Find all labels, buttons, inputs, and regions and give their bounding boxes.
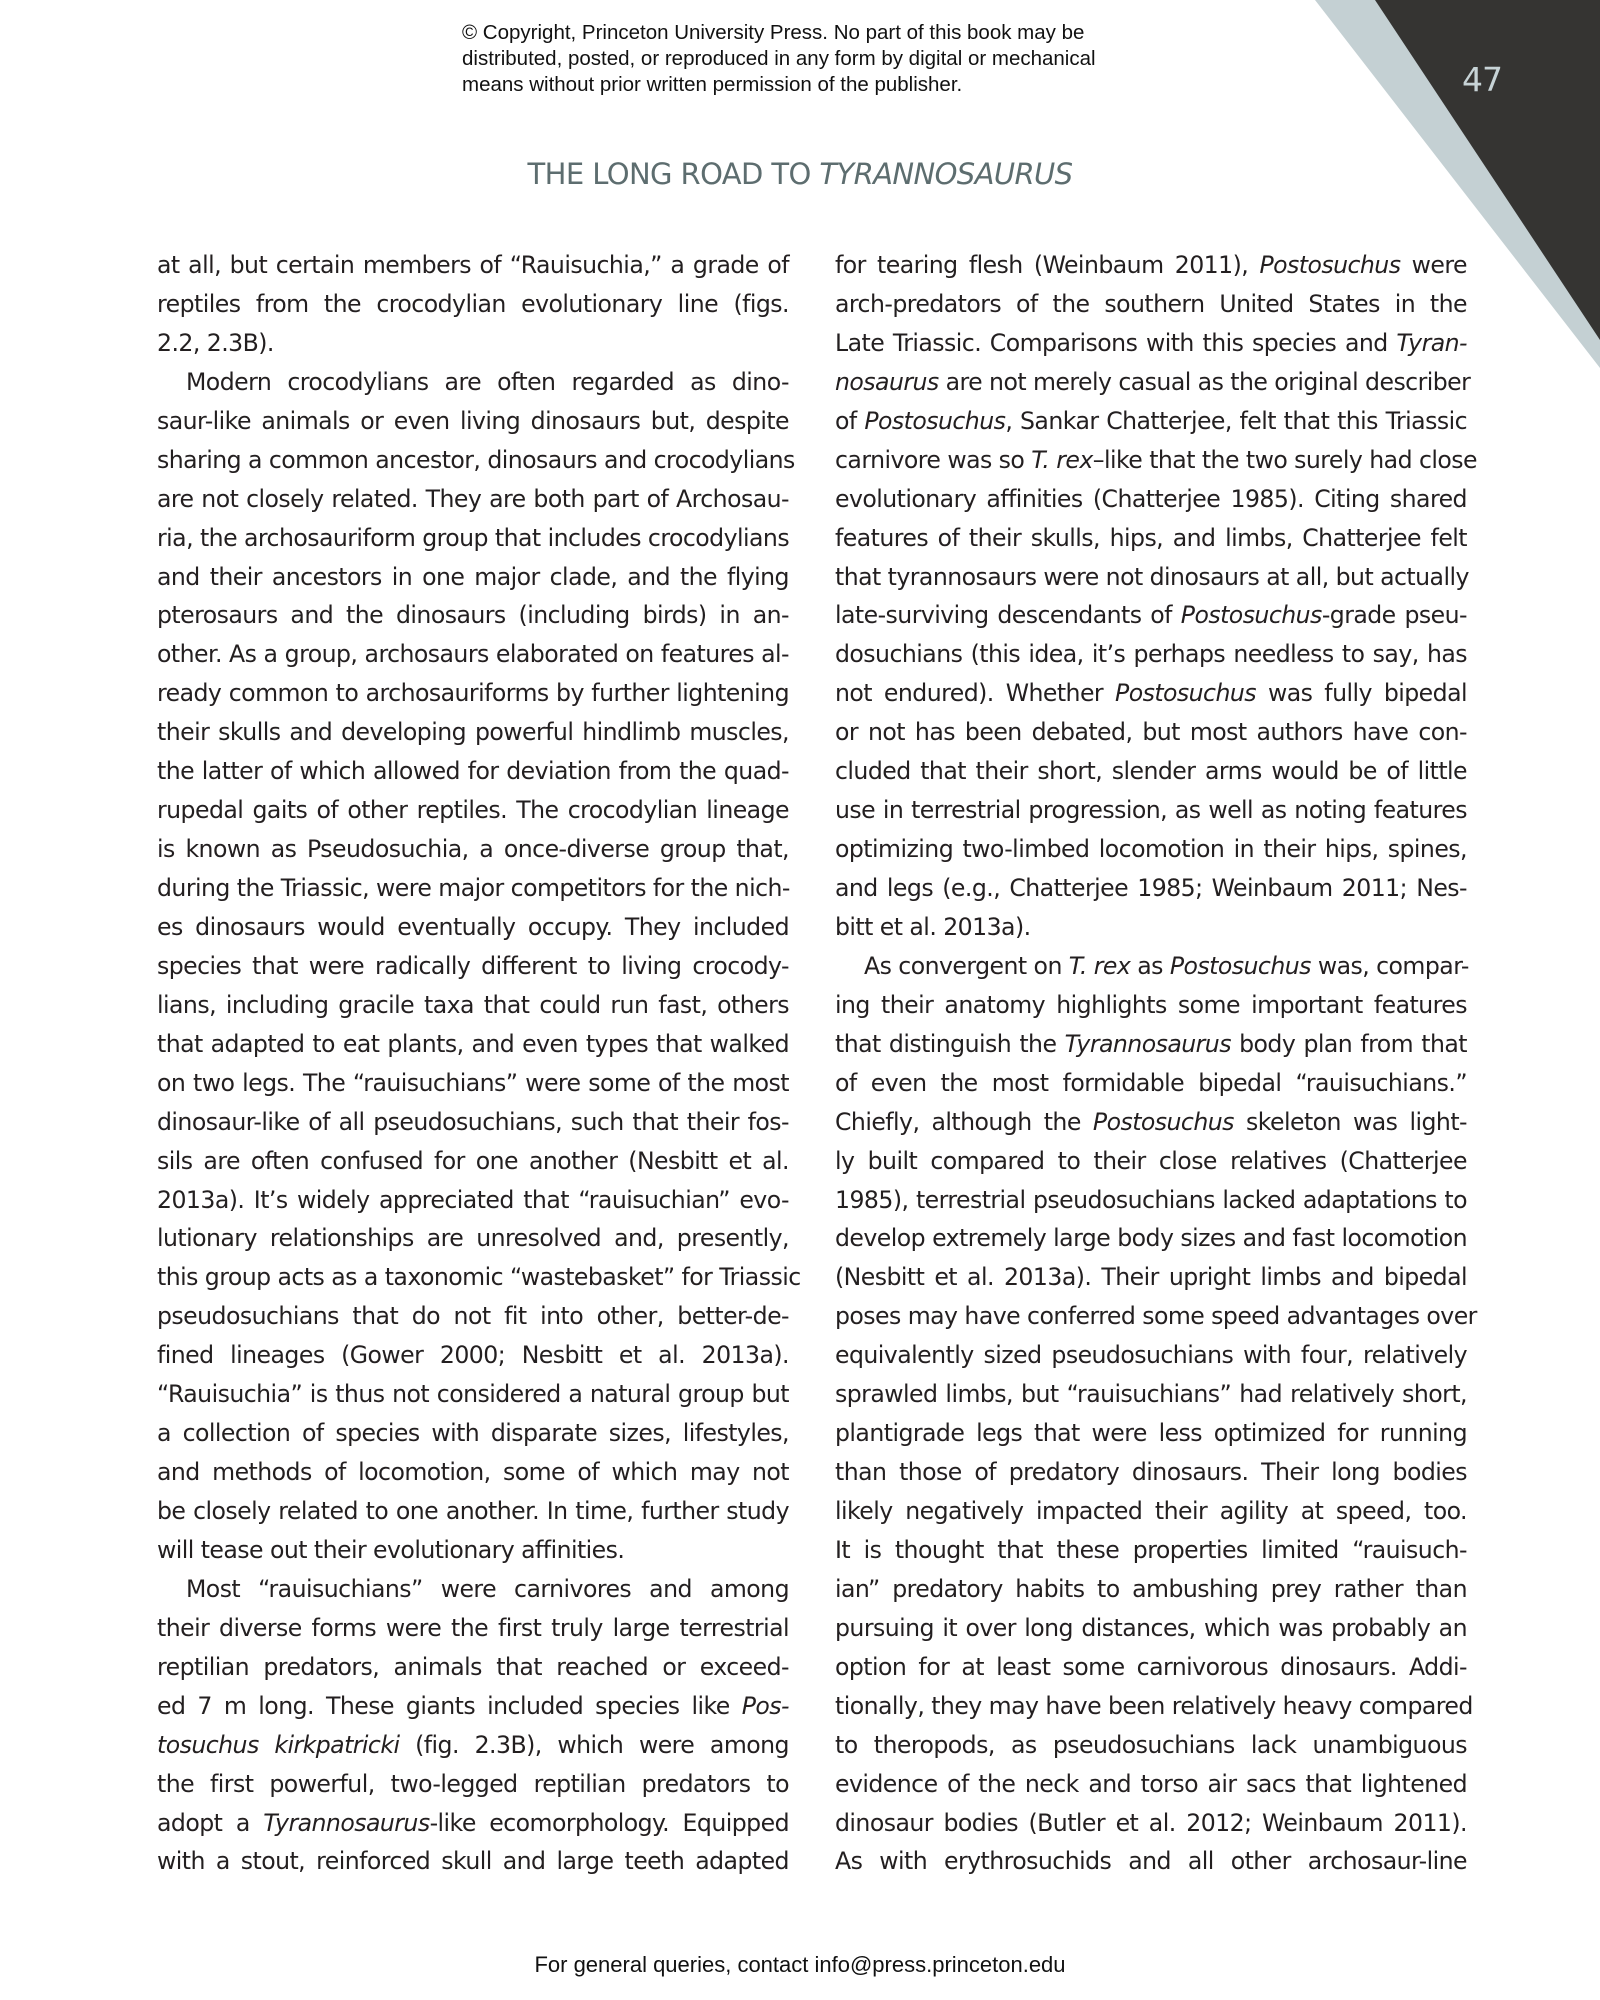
left-column: at all, but certain members of “Rauisuch… bbox=[157, 246, 789, 1881]
text-line: evidence of the neck and torso air sacs … bbox=[835, 1765, 1467, 1804]
text-line: 2013a). It’s widely appreciated that “ra… bbox=[157, 1181, 789, 1220]
text-line: saur-like animals or even living dinosau… bbox=[157, 402, 789, 441]
text-line: a collection of species with disparate s… bbox=[157, 1414, 789, 1453]
text-line: their skulls and developing powerful hin… bbox=[157, 713, 789, 752]
text-line: at all, but certain members of “Rauisuch… bbox=[157, 246, 789, 285]
text-line: arch-predators of the southern United St… bbox=[835, 285, 1467, 324]
right-column: for tearing flesh (Weinbaum 2011), Posto… bbox=[835, 246, 1467, 1881]
text-line: As with erythrosuchids and all other arc… bbox=[835, 1842, 1467, 1881]
text-line: ian” predatory habits to ambushing prey … bbox=[835, 1570, 1467, 1609]
text-line: sharing a common ancestor, dinosaurs and… bbox=[157, 441, 789, 480]
footer-contact: For general queries, contact info@press.… bbox=[0, 1952, 1600, 1978]
text-line: ria, the archosauriform group that inclu… bbox=[157, 519, 789, 558]
text-line: rupedal gaits of other reptiles. The cro… bbox=[157, 791, 789, 830]
text-line: species that were radically different to… bbox=[157, 947, 789, 986]
text-line: their diverse forms were the first truly… bbox=[157, 1609, 789, 1648]
text-line: pursuing it over long distances, which w… bbox=[835, 1609, 1467, 1648]
text-line: during the Triassic, were major competit… bbox=[157, 869, 789, 908]
text-line: dinosaur bodies (Butler et al. 2012; Wei… bbox=[835, 1804, 1467, 1843]
text-line: tionally, they may have been relatively … bbox=[835, 1687, 1467, 1726]
text-line: late-surviving descendants of Postosuchu… bbox=[835, 596, 1467, 635]
text-line: option for at least some carnivorous din… bbox=[835, 1648, 1467, 1687]
copyright-line: means without prior written permission o… bbox=[462, 72, 1222, 98]
text-line: the latter of which allowed for deviatio… bbox=[157, 752, 789, 791]
copyright-notice: © Copyright, Princeton University Press.… bbox=[462, 20, 1222, 98]
text-line: and methods of locomotion, some of which… bbox=[157, 1453, 789, 1492]
text-line: plantigrade legs that were less optimize… bbox=[835, 1414, 1467, 1453]
text-line: evolutionary affinities (Chatterjee 1985… bbox=[835, 480, 1467, 519]
text-line: is known as Pseudosuchia, a once-diverse… bbox=[157, 830, 789, 869]
running-head-plain: THE LONG ROAD TO bbox=[528, 157, 820, 191]
text-line: or not has been debated, but most author… bbox=[835, 713, 1467, 752]
text-line: As convergent on T. rex as Postosuchus w… bbox=[835, 947, 1467, 986]
text-line: adopt a Tyrannosaurus-like ecomorphology… bbox=[157, 1804, 789, 1843]
copyright-line: © Copyright, Princeton University Press.… bbox=[462, 20, 1222, 46]
running-head: THE LONG ROAD TO TYRANNOSAURUS bbox=[0, 157, 1600, 191]
text-line: carnivore was so T. rex–like that the tw… bbox=[835, 441, 1467, 480]
text-line: ready common to archosauriforms by furth… bbox=[157, 674, 789, 713]
text-line: this group acts as a taxonomic “wastebas… bbox=[157, 1258, 789, 1297]
text-line: will tease out their evolutionary affini… bbox=[157, 1531, 789, 1570]
text-line: fined lineages (Gower 2000; Nesbitt et a… bbox=[157, 1336, 789, 1375]
text-line: sils are often confused for one another … bbox=[157, 1142, 789, 1181]
text-line: that tyrannosaurs were not dinosaurs at … bbox=[835, 558, 1467, 597]
text-line: be closely related to one another. In ti… bbox=[157, 1492, 789, 1531]
text-line: optimizing two-limbed locomotion in thei… bbox=[835, 830, 1467, 869]
text-line: of Postosuchus, Sankar Chatterjee, felt … bbox=[835, 402, 1467, 441]
text-line: pterosaurs and the dinosaurs (including … bbox=[157, 596, 789, 635]
text-line: bitt et al. 2013a). bbox=[835, 908, 1467, 947]
text-line: tosuchus kirkpatricki (fig. 2.3B), which… bbox=[157, 1726, 789, 1765]
text-line: the first powerful, two-legged reptilian… bbox=[157, 1765, 789, 1804]
text-line: “Rauisuchia” is thus not considered a na… bbox=[157, 1375, 789, 1414]
text-line: that distinguish the Tyrannosaurus body … bbox=[835, 1025, 1467, 1064]
text-line: use in terrestrial progression, as well … bbox=[835, 791, 1467, 830]
text-line: ly built compared to their close relativ… bbox=[835, 1142, 1467, 1181]
running-head-italic: TYRANNOSAURUS bbox=[819, 157, 1072, 191]
text-line: and legs (e.g., Chatterjee 1985; Weinbau… bbox=[835, 869, 1467, 908]
text-line: other. As a group, archosaurs elaborated… bbox=[157, 635, 789, 674]
text-line: of even the most formidable bipedal “rau… bbox=[835, 1064, 1467, 1103]
copyright-line: distributed, posted, or reproduced in an… bbox=[462, 46, 1222, 72]
text-line: reptilian predators, animals that reache… bbox=[157, 1648, 789, 1687]
text-line: Modern crocodylians are often regarded a… bbox=[157, 363, 789, 402]
text-line: than those of predatory dinosaurs. Their… bbox=[835, 1453, 1467, 1492]
text-line: reptiles from the crocodylian evolutiona… bbox=[157, 285, 789, 324]
text-line: dosuchians (this idea, it’s perhaps need… bbox=[835, 635, 1467, 674]
text-line: likely negatively impacted their agility… bbox=[835, 1492, 1467, 1531]
text-line: features of their skulls, hips, and limb… bbox=[835, 519, 1467, 558]
text-line: for tearing flesh (Weinbaum 2011), Posto… bbox=[835, 246, 1467, 285]
text-line: Late Triassic. Comparisons with this spe… bbox=[835, 324, 1467, 363]
text-line: on two legs. The “rauisuchians” were som… bbox=[157, 1064, 789, 1103]
text-line: equivalently sized pseudosuchians with f… bbox=[835, 1336, 1467, 1375]
page-number: 47 bbox=[1452, 60, 1512, 99]
text-line: and their ancestors in one major clade, … bbox=[157, 558, 789, 597]
text-line: 2.2, 2.3B). bbox=[157, 324, 789, 363]
text-line: poses may have conferred some speed adva… bbox=[835, 1297, 1467, 1336]
text-line: nosaurus are not merely casual as the or… bbox=[835, 363, 1467, 402]
text-line: with a stout, reinforced skull and large… bbox=[157, 1842, 789, 1881]
text-line: lians, including gracile taxa that could… bbox=[157, 986, 789, 1025]
text-line: develop extremely large body sizes and f… bbox=[835, 1219, 1467, 1258]
text-line: lutionary relationships are unresolved a… bbox=[157, 1219, 789, 1258]
text-line: ed 7 m long. These giants included speci… bbox=[157, 1687, 789, 1726]
text-line: not endured). Whether Postosuchus was fu… bbox=[835, 674, 1467, 713]
text-line: are not closely related. They are both p… bbox=[157, 480, 789, 519]
text-line: to theropods, as pseudosuchians lack una… bbox=[835, 1726, 1467, 1765]
text-line: ing their anatomy highlights some import… bbox=[835, 986, 1467, 1025]
text-line: pseudosuchians that do not fit into othe… bbox=[157, 1297, 789, 1336]
text-line: Most “rauisuchians” were carnivores and … bbox=[157, 1570, 789, 1609]
text-line: es dinosaurs would eventually occupy. Th… bbox=[157, 908, 789, 947]
text-line: It is thought that these properties limi… bbox=[835, 1531, 1467, 1570]
text-line: Chiefly, although the Postosuchus skelet… bbox=[835, 1103, 1467, 1142]
text-line: (Nesbitt et al. 2013a). Their upright li… bbox=[835, 1258, 1467, 1297]
text-line: sprawled limbs, but “rauisuchians” had r… bbox=[835, 1375, 1467, 1414]
text-line: that adapted to eat plants, and even typ… bbox=[157, 1025, 789, 1064]
text-line: dinosaur-like of all pseudosuchians, suc… bbox=[157, 1103, 789, 1142]
text-line: cluded that their short, slender arms wo… bbox=[835, 752, 1467, 791]
text-line: 1985), terrestrial pseudosuchians lacked… bbox=[835, 1181, 1467, 1220]
